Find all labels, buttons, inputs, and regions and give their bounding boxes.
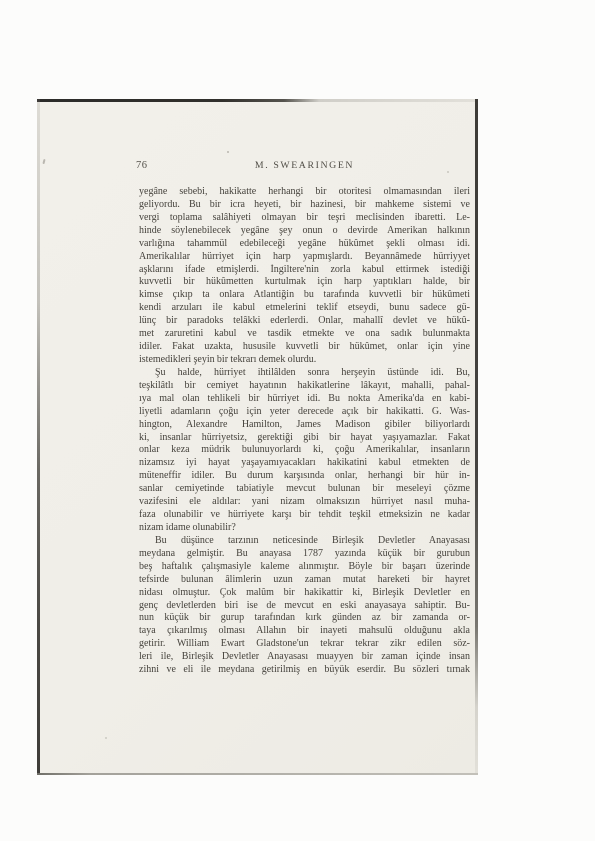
text-line: ıya mal olan tehlikeli bir hürriyet idi.… — [139, 393, 470, 406]
book-page: 76 M. SWEARINGEN yegâne sebebi, hakikatt… — [37, 99, 478, 775]
text-line: sanlar cemiyetinde tabiatiyle mevcut bul… — [139, 483, 470, 496]
text-line: hinde söylenebilecek yegâne şey onun o d… — [139, 225, 470, 238]
text-line: ki, insanlar hürriyetsiz, gerektiği gibi… — [139, 432, 470, 445]
page-edge-shadow-bottom — [37, 773, 478, 775]
text-line: faza olunabilir ve hürriyete karşı bir t… — [139, 509, 470, 522]
paragraph: Şu halde, hürriyet ihtilâlden sonra herş… — [139, 367, 470, 535]
text-line: zihni ve eli ile meydana getirilmiş en b… — [139, 664, 470, 677]
scan-speck — [105, 737, 107, 739]
scan-canvas: { "page": { "header": { "page_number": "… — [0, 0, 595, 841]
text-line: varlığına tahammül edebileceği yegâne hü… — [139, 238, 470, 251]
text-line: nidası olmuştur. Çok malûm bir hakikatti… — [139, 587, 470, 600]
text-line: istemedikleri şeyin bir tekrarı demek ol… — [139, 354, 470, 367]
page-edge-shadow-top — [37, 99, 478, 102]
text-line: nizam idame olunabilir? — [139, 522, 470, 535]
text-line: beş haftalık çalışmasiyle kaleme alınmış… — [139, 561, 470, 574]
text-line: vazifesini ele aldılar: yani nizam olmak… — [139, 496, 470, 509]
text-line: taya çıkarılmış olması Allahın bir inaye… — [139, 625, 470, 638]
text-line: geliyordu. Bu bir icra heyeti, bir hazin… — [139, 199, 470, 212]
text-line: yegâne sebebi, hakikatte herhangi bir ot… — [139, 186, 470, 199]
page-header: 76 M. SWEARINGEN — [37, 160, 478, 174]
text-line: Bu düşünce tarzının neticesinde Birleşik… — [139, 535, 470, 548]
scan-speck — [227, 151, 229, 153]
paragraph: yegâne sebebi, hakikatte herhangi bir ot… — [139, 186, 470, 367]
text-line: teşkilâtlı bir cemiyet hayatının hakikat… — [139, 380, 470, 393]
text-line: hington, Alexandre Hamilton, James Madis… — [139, 419, 470, 432]
text-line: Şu halde, hürriyet ihtilâlden sonra herş… — [139, 367, 470, 380]
running-head: M. SWEARINGEN — [139, 160, 470, 171]
text-line: leri ile, Birleşik Devletler Anayasası m… — [139, 651, 470, 664]
text-line: met zaruretini kabul ve tasdik etmekte v… — [139, 328, 470, 341]
text-line: Amerikalılar hürriyet için harp yapmışla… — [139, 251, 470, 264]
text-line: idiler. Fakat uzakta, hususile kuvvetli … — [139, 341, 470, 354]
text-line: kendi arzuları ile kabul etmelerini tekl… — [139, 302, 470, 315]
text-line: liyetli adamların çoğu için yeter derece… — [139, 406, 470, 419]
text-line: lünç bir paradoks telâkki ederlerdi. Onl… — [139, 315, 470, 328]
text-line: getirir. William Ewart Gladstone'un tekr… — [139, 638, 470, 651]
text-line: vergi toplama salâhiyeti olmayan bir teş… — [139, 212, 470, 225]
text-line: müteneffir idiler. Bu durum karşısında o… — [139, 470, 470, 483]
text-line: nun küçük bir gurup tarafından kırk günd… — [139, 612, 470, 625]
text-line: onlar keza müdrik bulunuyorlardı ki, çoğ… — [139, 444, 470, 457]
page-edge-shadow-left — [37, 99, 40, 775]
text-line: nizamsız iyi hayat yaşayamıyacakları hak… — [139, 457, 470, 470]
text-line: aşklarını ifade etmişlerdi. İngiltere'ni… — [139, 264, 470, 277]
text-line: kuvvetli bir hükûmetten kurtulmak için h… — [139, 276, 470, 289]
text-line: meydana gelmiştir. Bu anayasa 1787 yazın… — [139, 548, 470, 561]
text-line: kimse çıkıp ta onlara Atlantiğin bu tara… — [139, 289, 470, 302]
scan-speck — [447, 171, 449, 173]
page-edge-shadow-right — [475, 99, 478, 775]
paragraph: Bu düşünce tarzının neticesinde Birleşik… — [139, 535, 470, 677]
body-text: yegâne sebebi, hakikatte herhangi bir ot… — [139, 186, 470, 677]
text-line: tefsirde bulunan âlimlerin uzun zaman mu… — [139, 574, 470, 587]
text-line: genç devletlerden biri ise de mevcut en … — [139, 600, 470, 613]
